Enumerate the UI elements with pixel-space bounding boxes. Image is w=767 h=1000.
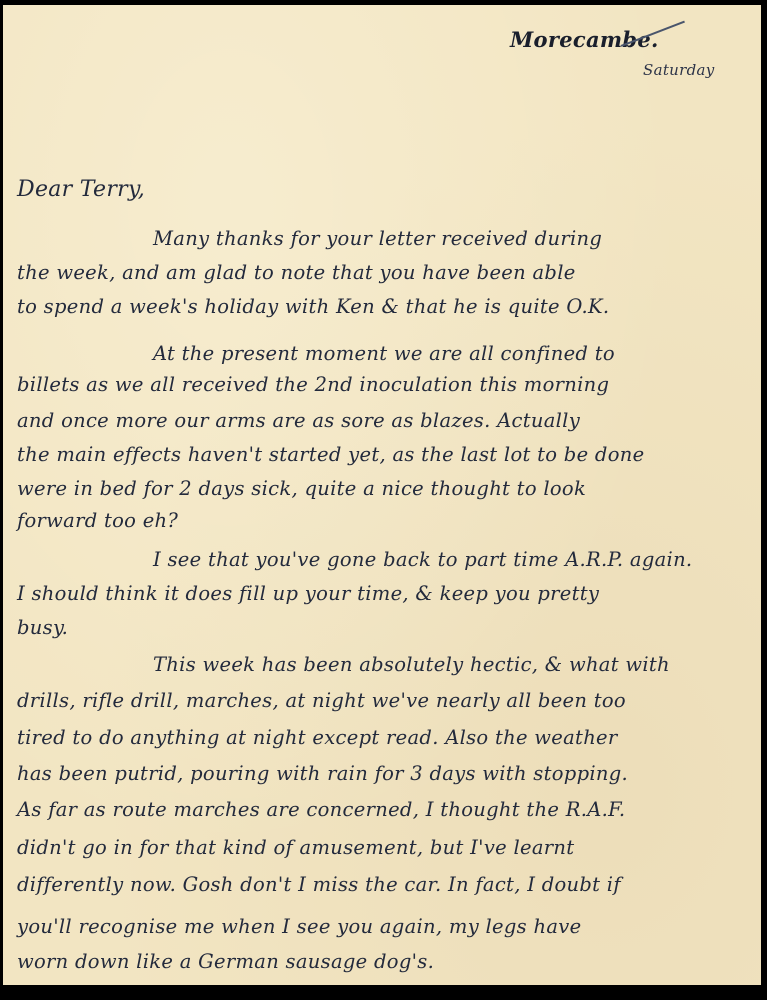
letter-line: I should think it does fill up your time…: [17, 582, 599, 605]
letter-line: forward too eh?: [17, 509, 178, 532]
letter-line: the main effects haven't started yet, as…: [17, 443, 644, 466]
letter-line: didn't go in for that kind of amusement,…: [17, 836, 574, 859]
letter-line: This week has been absolutely hectic, & …: [153, 653, 670, 676]
letter-line: to spend a week's holiday with Ken & tha…: [17, 295, 609, 318]
letter-line: I see that you've gone back to part time…: [153, 548, 692, 571]
letter-date: Saturday: [643, 61, 715, 79]
letter-line: billets as we all received the 2nd inocu…: [17, 373, 609, 396]
letter-line: and once more our arms are as sore as bl…: [17, 409, 580, 432]
letter-line: At the present moment we are all confine…: [153, 342, 615, 365]
letter-line: were in bed for 2 days sick, quite a nic…: [17, 477, 586, 500]
letter-salutation: Dear Terry,: [17, 177, 145, 202]
letter-line: has been putrid, pouring with rain for 3…: [17, 762, 628, 785]
letter-line: differently now. Gosh don't I miss the c…: [17, 873, 621, 896]
letter-page: Morecambe. Saturday Dear Terry, Many tha…: [3, 5, 761, 985]
letter-line: busy.: [17, 616, 68, 639]
letter-line: worn down like a German sausage dog's.: [17, 950, 434, 973]
letter-line: you'll recognise me when I see you again…: [17, 915, 581, 938]
letter-line: the week, and am glad to note that you h…: [17, 261, 576, 284]
letter-line: As far as route marches are concerned, I…: [17, 798, 625, 821]
letter-line: Many thanks for your letter received dur…: [153, 227, 602, 250]
letter-line: drills, rifle drill, marches, at night w…: [17, 689, 626, 712]
letter-line: tired to do anything at night except rea…: [17, 726, 618, 749]
